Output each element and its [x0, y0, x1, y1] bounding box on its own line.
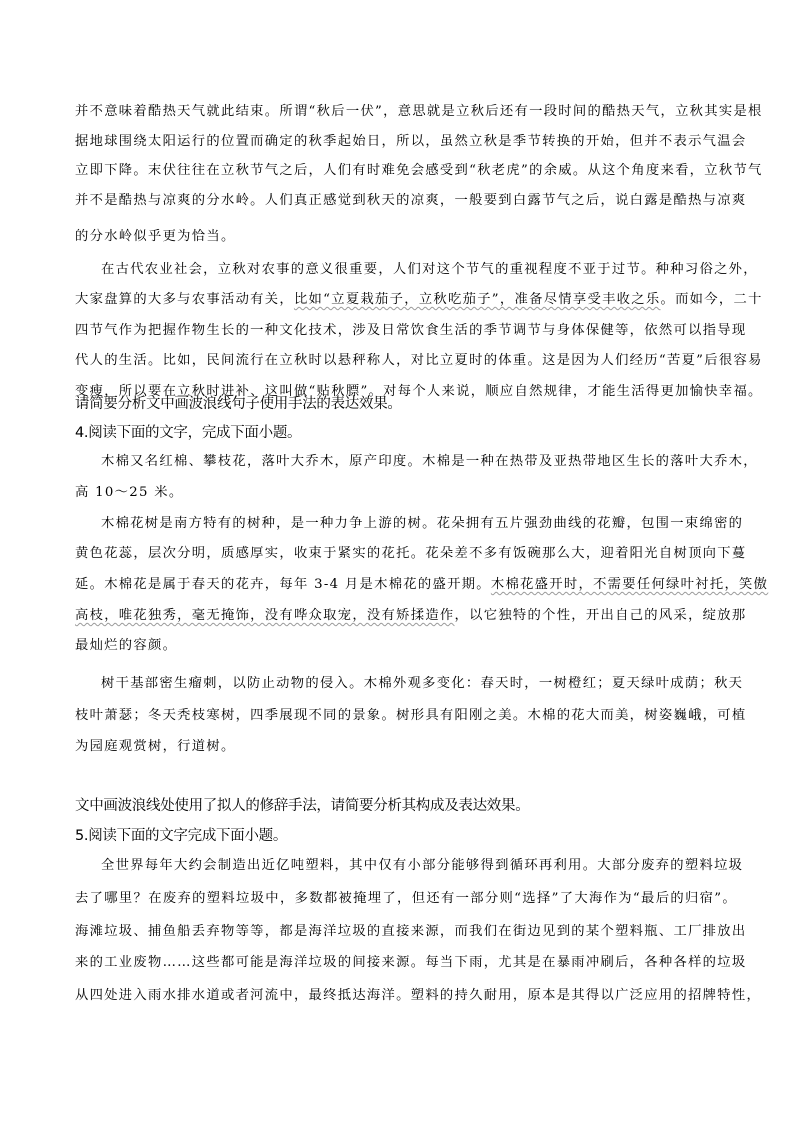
passage-line: 来的工业废物……这些都可能是海洋垃圾的间接来源。每当下雨，尤其是在暴雨冲刷后，各…	[75, 954, 711, 972]
passage-line: 全世界每年大约会制造出近亿吨塑料，其中仅有小部分能够得到循环再利用。大部分废弃的…	[101, 857, 711, 875]
passage-line-with-wavy: 延。木棉花是属于春天的花卉，每年 3-4 月是木棉花的盛开期。木棉花盛开时，不需…	[75, 576, 715, 594]
passage-line: 并不意味着酷热天气就此结束。所谓“秋后一伏”，意思就是立秋后还有一段时间的酷热天…	[75, 103, 735, 121]
passage-line: 去了哪里？在废弃的塑料垃圾中，多数都被掩埋了，但还有一部分则“选择”了大海作为“…	[75, 890, 737, 908]
question-prompt: 文中画波浪线处使用了拟人的修辞手法，请简要分析其构成及表达效果。	[75, 796, 529, 816]
passage-line: 四节气作为把握作物生长的一种文化技术，涉及日常饮食生活的季节调节与身体保健等，依…	[75, 322, 715, 340]
passage-line: 据地球围绕太阳运行的位置而确定的秋季起始日，所以，虽然立秋是季节转换的开始，但并…	[75, 133, 700, 151]
question-heading: 5.阅读下面的文字完成下面小题。	[75, 826, 287, 846]
question-prompt: 请简要分析文中画波浪线句子使用手法的表达效果。	[75, 394, 402, 414]
passage-line: 海滩垃圾、捕鱼船丢弃物等等，都是海洋垃圾的直接来源，而我们在街边见到的某个塑料瓶…	[75, 923, 711, 941]
passage-line: 黄色花蕊，层次分明，质感厚实，收束于紧实的花托。花朵差不多有饭碗那么大，迎着阳光…	[75, 545, 711, 563]
passage-line: 最灿烂的容颜。	[75, 637, 735, 655]
passage-line: 枝叶萧瑟；冬天秃枝寒树，四季展现不同的景象。树形具有阳刚之美。木棉的花大而美，树…	[75, 707, 711, 725]
question-heading: 4.阅读下面的文字，完成下面小题。	[75, 423, 301, 443]
passage-line-with-wavy: 高枝，唯花独秀，毫无掩饰，没有哗众取宠，没有矫揉造作，以它独特的个性，开出自己的…	[75, 607, 711, 625]
passage-line: 木棉又名红棉、攀枝花，落叶大乔木，原产印度。木棉是一种在热带及亚热带地区生长的落…	[101, 453, 735, 471]
passage-line: 高 10～25 米。	[75, 484, 735, 502]
text-segment: ，以它独特的个性，开出自己的风采，绽放那	[455, 608, 747, 623]
passage-line: 立即下降。末伏往往在立秋节气之后，人们有时难免会感受到“秋老虎”的余威。从这个角…	[75, 162, 735, 180]
document-page: 并不意味着酷热天气就此结束。所谓“秋后一伏”，意思就是立秋后还有一段时间的酷热天…	[0, 0, 794, 1123]
passage-line: 木棉花树是南方特有的树种，是一种力争上游的树。花朵拥有五片强劲曲线的花瓣，包围一…	[101, 515, 711, 533]
passage-line: 代人的生活。比如，民间流行在立秋时以悬秤称人，对比立夏时的体重。这是因为人们经历…	[75, 352, 715, 370]
wavy-underlined-sentence: 高枝，唯花独秀，毫无掩饰，没有哗众取宠，没有矫揉造作	[75, 608, 455, 623]
passage-line-with-wavy: 大家盘算的大多与农事活动有关，比如“立夏栽茄子，立秋吃茄子”，准备尽情享受丰收之…	[75, 291, 735, 309]
passage-line: 的分水岭似乎更为恰当。	[75, 228, 735, 246]
wavy-underlined-sentence: 比如“立夏栽茄子，立秋吃茄子”，准备尽情享受丰收之乐	[294, 292, 661, 307]
text-segment: 延。木棉花是属于春天的花卉，每年 3-4 月是木棉花的盛开期。	[75, 577, 491, 592]
passage-line: 并不是酷热与凉爽的分水岭。人们真正感觉到秋天的凉爽，一般要到白露节气之后，说白露…	[75, 192, 703, 210]
passage-line: 从四处进入雨水排水道或者河流中，最终抵达海洋。塑料的持久耐用，原本是其得以广泛应…	[75, 987, 737, 1005]
passage-line: 在古代农业社会，立秋对农事的意义很重要，人们对这个节气的重视程度不亚于过节。种种…	[101, 261, 735, 279]
passage-line: 树干基部密生瘤刺，以防止动物的侵入。木棉外观多变化：春天时，一树橙红；夏天绿叶成…	[101, 675, 711, 693]
text-segment: 。而如今，二十	[660, 292, 762, 307]
text-segment: 大家盘算的大多与农事活动有关，	[75, 292, 294, 307]
passage-line: 为园庭观赏树，行道树。	[75, 738, 735, 756]
wavy-underlined-sentence: 木棉花盛开时，不需要任何绿叶衬托，笑傲	[491, 577, 768, 592]
